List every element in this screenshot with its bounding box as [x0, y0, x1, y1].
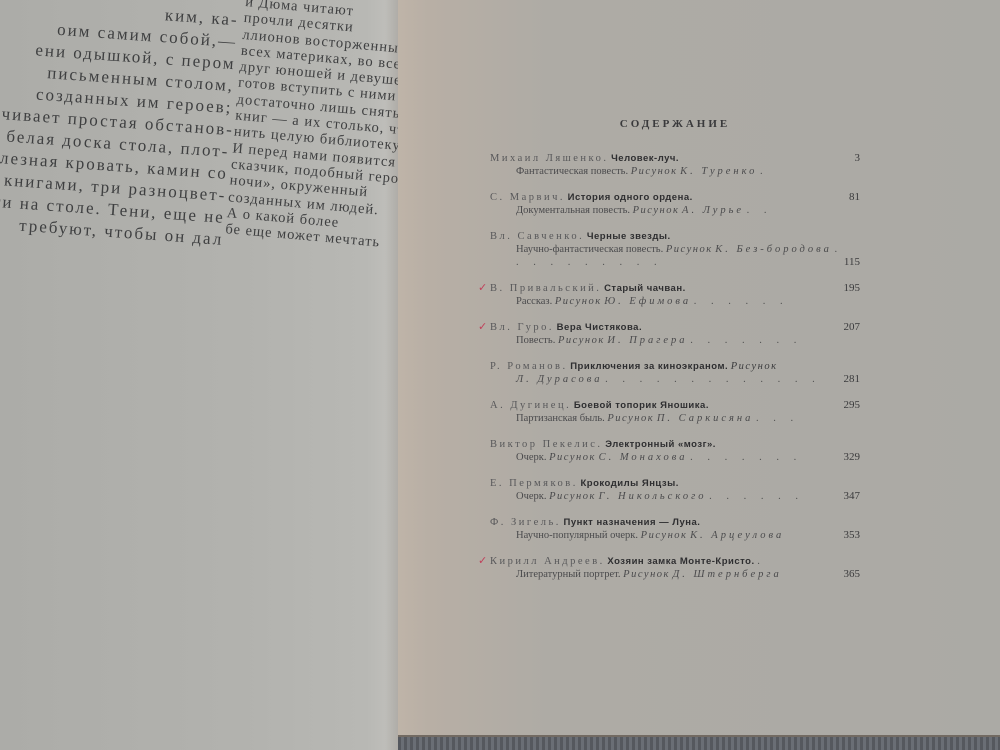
entry-title: Вера Чистякова. — [557, 322, 642, 333]
toc-entry: Р. Романов. Приключения за киноэкраном. … — [490, 360, 860, 386]
entry-title: Пункт назначения — Луна. — [564, 517, 701, 528]
entry-title: Боевой топорик Яношика. — [574, 400, 709, 411]
entry-author: Вл. Савченко. — [490, 231, 584, 242]
entry-page-number: 347 — [844, 490, 861, 503]
check-mark-icon: ✓ — [478, 555, 487, 568]
toc-entry: Е. Пермяков. Крокодилы Янцзы. 347 Очерк.… — [490, 477, 860, 503]
entry-author: Вл. Гуро. — [490, 322, 554, 333]
toc-entry: Вл. Савченко. Черные звезды. 115 Научно-… — [490, 230, 860, 269]
entry-author: Кирилл Андреев. — [490, 556, 605, 567]
entry-author: А. Дугинец. — [490, 400, 571, 411]
entry-title: Приключения за киноэкраном. — [570, 361, 728, 372]
check-mark-icon: ✓ — [478, 282, 487, 295]
left-page-column-a: ким, ка- оим самим собой,— ени одышкой, … — [0, 0, 239, 251]
toc-entry: Виктор Пекелис. Электронный «мозг». 329 … — [490, 438, 860, 464]
entry-title: Хозяин замка Монте-Кристо. — [607, 556, 754, 567]
entry-genre-line: Очерк. Рисунок Г. Никольского . . . . . … — [490, 490, 860, 503]
entry-page-number: 281 — [844, 373, 861, 386]
toc-entry: С. Марвич. История одного ордена. 81 Док… — [490, 191, 860, 217]
entry-title: Крокодилы Янцзы. — [581, 478, 679, 489]
entry-genre-line: Фантастическая повесть. Рисунок К. Турен… — [490, 165, 860, 178]
entry-page-number: 81 — [849, 191, 860, 204]
entry-author: Р. Романов. — [490, 361, 568, 372]
entry-page-number: 295 — [844, 399, 861, 412]
left-page-column-b: и Дюма читают прочли десятки ллионов вос… — [225, 0, 398, 258]
entry-author: Михаил Ляшенко. — [490, 153, 608, 164]
entry-genre-line: Литературный портрет. Рисунок Д. Штернбе… — [490, 568, 860, 581]
toc-entry: ✓ Кирилл Андреев. Хозяин замка Монте-Кри… — [490, 555, 860, 581]
entry-page-number: 207 — [844, 321, 861, 334]
entry-genre-line: Научно-популярный очерк. Рисунок К. Арце… — [490, 529, 860, 542]
toc-heading: СОДЕРЖАНИЕ — [490, 118, 860, 130]
check-mark-icon: ✓ — [478, 321, 487, 334]
entry-genre-line: Повесть. Рисунок И. Прагера . . . . . . … — [490, 334, 860, 347]
entry-title: Старый чачван. — [604, 283, 686, 294]
entry-author: Е. Пермяков. — [490, 478, 578, 489]
toc-entry: Михаил Ляшенко. Человек-луч. 3 Фантастич… — [490, 152, 860, 178]
entry-title: История одного ордена. — [568, 192, 693, 203]
entry-genre-line: Партизанская быль. Рисунок П. Саркисяна … — [490, 412, 860, 425]
entry-title: Электронный «мозг». — [605, 439, 716, 450]
entry-author: Ф. Зигель. — [490, 517, 561, 528]
toc-entry: ✓ Вл. Гуро. Вера Чистякова. 207 Повесть.… — [490, 321, 860, 347]
entry-author: С. Марвич. — [490, 192, 565, 203]
entry-genre-line: Очерк. Рисунок С. Монахова . . . . . . . — [490, 451, 860, 464]
table-surface — [398, 735, 1000, 750]
entry-title: Черные звезды. — [587, 231, 671, 242]
entry-genre-line: Научно-фантастическая повесть. Рисунок К… — [490, 243, 860, 269]
entry-page-number: 353 — [844, 529, 861, 542]
entry-author: Виктор Пекелис. — [490, 439, 603, 450]
toc-entry: А. Дугинец. Боевой топорик Яношика. 295 … — [490, 399, 860, 425]
entry-page-number: 329 — [844, 451, 861, 464]
entry-page-number: 115 — [844, 256, 860, 269]
entry-page-number: 365 — [844, 568, 861, 581]
toc-entry: Ф. Зигель. Пункт назначения — Луна. 353 … — [490, 516, 860, 542]
entry-genre-line: Л. Дурасова . . . . . . . . . . . . . — [490, 373, 860, 386]
entry-genre-line: Рассказ. Рисунок Ю. Ефимова . . . . . . — [490, 295, 860, 308]
entry-page-number: 195 — [844, 282, 861, 295]
left-page: ким, ка- оим самим собой,— ени одышкой, … — [0, 0, 398, 750]
entry-page-number: 3 — [855, 152, 861, 165]
entry-title: Человек-луч. — [611, 153, 679, 164]
entry-genre-line: Документальная повесть. Рисунок А. Лурье… — [490, 204, 860, 217]
entry-author: В. Привальский. — [490, 283, 601, 294]
gutter-shadow — [385, 0, 398, 750]
toc-entry: ✓ В. Привальский. Старый чачван. 195 Рас… — [490, 282, 860, 308]
table-of-contents: СОДЕРЖАНИЕ Михаил Ляшенко. Человек-луч. … — [490, 118, 860, 594]
